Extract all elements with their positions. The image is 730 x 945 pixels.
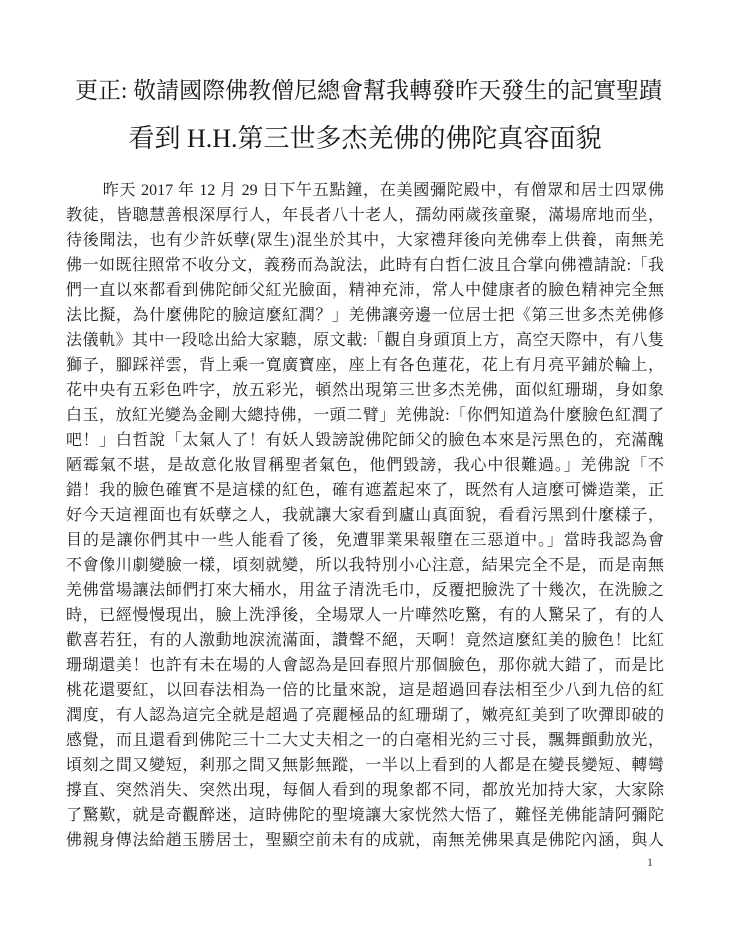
- body-text-line: 撐直、突然消失、突然出現，每個人看到的現象都不同，都放光加持大家，大家除: [66, 778, 664, 803]
- body-text-line: 錯！我的臉色確實不是這樣的紅色，確有遮蓋起來了，既然有人這麼可憐造業，正: [66, 478, 664, 503]
- body-text-line: 白玉，放紅光變為金剛大總持佛，一頭二臂」羌佛說:「你們知道為什麼臉色紅潤了: [66, 403, 664, 428]
- document-title: 更正: 敬請國際佛教僧尼總會幫我轉發昨天發生的記實聖蹟: [75, 76, 665, 106]
- body-text-line: 獅子，腳踩祥雲，背上乘一寬廣寶座，座上有各色蓮花，花上有月亮平鋪於輪上，: [66, 353, 664, 378]
- body-text-line: 好今天這裡面也有妖孽之人，我就讓大家看到廬山真面貌，看看污黑到什麼樣子，: [66, 503, 664, 528]
- body-text-line: 佛一如既往照常不收分文，義務而為說法，此時有白哲仁波且合掌向佛禮請說:「我: [66, 253, 664, 278]
- body-text-line: 潤度，有人認為這完全就是超過了亮麗極品的紅珊瑚了，嫩亮紅美到了吹彈即破的: [66, 703, 664, 728]
- body-text-line: 不會像川劇變臉一樣，頃刻就變，所以我特別小心注意，結果完全不是，而是南無: [66, 553, 664, 578]
- body-text-line: 桃花還要紅，以回春法相為一倍的比量來說，這是超過回春法相至少八到九倍的紅: [66, 678, 664, 703]
- body-text-line: 羌佛當場讓法師們打來大桶水，用盆子清洗毛巾，反覆把臉洗了十幾次，在洗臉之: [66, 578, 664, 603]
- body-text-line: 感覺，而且還看到佛陀三十二大丈夫相之一的白毫相光約三寸長，飄舞顫動放光，: [66, 728, 664, 753]
- body-text-line: 教徒，皆聰慧善根深厚行人，年長者八十老人，孺幼兩歲孩童聚，滿場席地而坐，: [66, 203, 664, 228]
- body-text-line: 花中央有五彩色吽字，放五彩光，頓然出現第三世多杰羌佛，面似紅珊瑚，身如象: [66, 378, 664, 403]
- body-text-line: 待後聞法，也有少許妖孽(眾生)混坐於其中，大家禮拜後向羌佛奉上供養，南無羌: [66, 228, 664, 253]
- body-text-line: 昨天 2017 年 12 月 29 日下午五點鐘，在美國彌陀殿中，有僧眾和居士四…: [66, 178, 664, 203]
- body-text-line: 珊瑚還美！也許有未在場的人會認為是回春照片那個臉色，那你就大錯了，而是比: [66, 653, 664, 678]
- body-text-line: 時，已經慢慢現出，臉上洗淨後，全場眾人一片嘩然吃驚，有的人驚呆了，有的人: [66, 603, 664, 628]
- body-text-line: 吧！」白哲說「太氣人了！有妖人毀謗說佛陀師父的臉色本來是污黑色的，充滿醜: [66, 428, 664, 453]
- body-text-line: 法儀軌》其中一段唸出給大家聽，原文載:「觀自身頭頂上方，高空天際中，有八隻: [66, 328, 664, 353]
- document-subtitle: 看到 H.H.第三世多杰羌佛的佛陀真容面貌: [66, 120, 664, 158]
- body-text-line: 法比擬，為什麼佛陀的臉這麼紅潤？」羌佛讓旁邊一位居士把《第三世多杰羌佛修: [66, 303, 664, 328]
- body-text-line: 佛親身傳法給趙玉勝居士，聖顯空前未有的成就，南無羌佛果真是佛陀內涵，與人: [66, 828, 664, 853]
- body-text-line: 了驚歎，就是奇觀醉迷，這時佛陀的聖境讓大家恍然大悟了，難怪羌佛能請阿彌陀: [66, 803, 664, 828]
- body-text-line: 頃刻之間又變短，剎那之間又無影無蹤，一半以上看到的人都是在變長變短、轉彎: [66, 753, 664, 778]
- body-text-line: 們一直以來都看到佛陀師父紅光臉面，精神充沛，常人中健康者的臉色精神完全無: [66, 278, 664, 303]
- body-text-line: 歡喜若狂，有的人激動地淚流滿面，讚聲不絕，天啊！竟然這麼紅美的臉色！比紅: [66, 628, 664, 653]
- body-paragraph: 昨天 2017 年 12 月 29 日下午五點鐘，在美國彌陀殿中，有僧眾和居士四…: [66, 178, 664, 853]
- body-text-line: 目的是讓你們其中一些人能看了後，免遭罪業果報墮在三惡道中。」當時我認為會: [66, 528, 664, 553]
- body-text-line: 陋霉氣不堪，是故意化妝冒稱聖者氣色，他們毀謗，我心中很難過。」羌佛說「不: [66, 453, 664, 478]
- document-page: 更正: 敬請國際佛教僧尼總會幫我轉發昨天發生的記實聖蹟 看到 H.H.第三世多杰…: [0, 0, 730, 945]
- page-number: 1: [640, 855, 660, 870]
